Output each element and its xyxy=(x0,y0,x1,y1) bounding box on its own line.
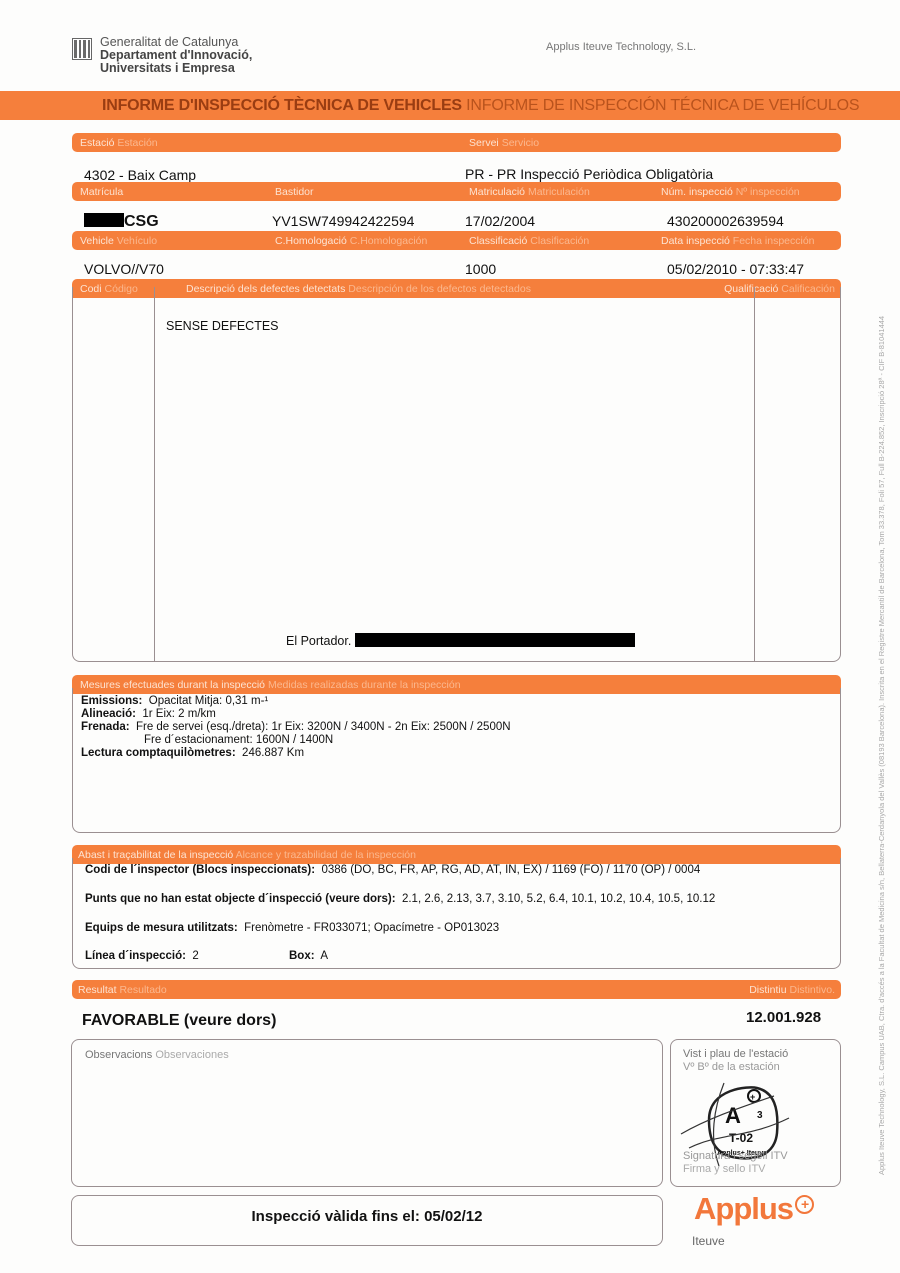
title-catalan: INFORME D'INSPECCIÓ TÈCNICA DE VEHICLES xyxy=(102,97,462,114)
vehicle-header-bar: Vehicle Vehículo C.Homologació C.Homolog… xyxy=(72,231,841,250)
classification-value: 1000 xyxy=(465,261,496,277)
gov-line-2: Departament d'Innovació, xyxy=(100,48,252,62)
title-bar: INFORME D'INSPECCIÓ TÈCNICA DE VEHICLES … xyxy=(0,91,900,120)
title-spanish: INFORME DE INSPECCIÓN TÉCNICA DE VEHÍCUL… xyxy=(466,97,859,114)
redacted-holder-name xyxy=(355,633,635,647)
service-value: PR - PR Inspecció Periòdica Obligatòria xyxy=(465,166,713,182)
company-name: Applus Iteuve Technology, S.L. xyxy=(546,41,696,53)
vehicle-value: VOLVO//V70 xyxy=(84,261,164,277)
redacted-plate xyxy=(84,213,124,227)
inspection-date-value: 05/02/2010 - 07:33:47 xyxy=(667,261,804,277)
station-stamp-box: Vist i plau de l'estació Vº Bº de la est… xyxy=(670,1039,841,1187)
svg-text:+: + xyxy=(750,1092,755,1102)
defects-text: SENSE DEFECTES xyxy=(166,319,279,333)
generalitat-crest-icon xyxy=(72,38,92,60)
svg-text:A: A xyxy=(725,1103,741,1128)
measures-box: Emissions: Opacitat Mitja: 0,31 m-¹ Alin… xyxy=(72,688,841,833)
divider xyxy=(154,287,155,661)
chassis-value: YV1SW749942422594 xyxy=(272,213,414,229)
validity-box: Inspecció vàlida fins el: 05/02/12 xyxy=(71,1195,663,1246)
station-header-bar: Estació Estación Servei Servicio xyxy=(72,133,841,152)
registration-header-bar: Matrícula Bastidor Matriculació Matricul… xyxy=(72,182,841,201)
station-value: 4302 - Baix Camp xyxy=(84,167,196,183)
svg-text:3: 3 xyxy=(757,1110,763,1121)
defects-table: SENSE DEFECTES El Portador. xyxy=(72,287,841,662)
legal-side-text: Applus Iteuve Technology, S.L. Campus UA… xyxy=(877,316,886,1175)
holder-label: El Portador. xyxy=(286,633,635,648)
plate-value: CSG xyxy=(84,213,159,231)
gov-line-3: Universitats i Empresa xyxy=(100,61,235,75)
registration-date-value: 17/02/2004 xyxy=(465,213,535,229)
result-value: FAVORABLE (veure dors) xyxy=(82,1012,276,1030)
government-text: Generalitat de Catalunya Departament d'I… xyxy=(100,36,252,75)
plus-icon: + xyxy=(795,1195,814,1214)
observations-box: Observacions Observaciones xyxy=(71,1039,663,1187)
validity-text: Inspecció vàlida fins el: 05/02/12 xyxy=(72,1208,662,1225)
result-header-bar: Resultat Resultado Distintiu Distintivo. xyxy=(72,980,841,999)
iteuve-label: Iteuve xyxy=(692,1234,725,1248)
badge-number: 12.001.928 xyxy=(746,1009,821,1026)
inspection-number-value: 430200002639594 xyxy=(667,213,784,229)
applus-logo: Applus+ xyxy=(694,1191,814,1227)
divider xyxy=(754,287,755,661)
scope-box: Codi de l´inspector (Blocs inspeccionats… xyxy=(72,858,841,969)
